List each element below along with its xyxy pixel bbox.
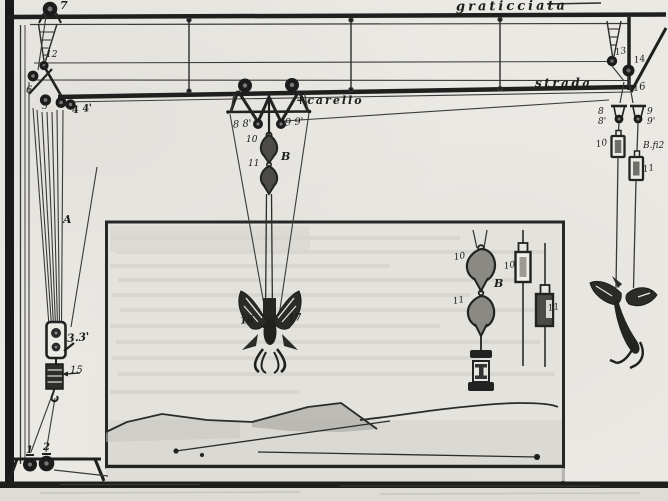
trolley-marker: + [296, 95, 305, 106]
station-9-upper: 9 [647, 108, 655, 117]
label-trolley-block-11: 11 [248, 160, 259, 169]
label-trolley-letter-b: B [281, 151, 290, 162]
station-8-upper: 8 [598, 108, 606, 117]
label-rope-a: A [63, 214, 72, 225]
label-bracket-12: 12 [46, 51, 57, 60]
station-8-lower: 8' [598, 118, 606, 127]
label-station-8: 8 8' [598, 108, 606, 127]
trolley-block-11 [261, 166, 277, 188]
label-floor-pulley-2: 2 [43, 443, 50, 453]
label-figure-16: 16 [239, 315, 254, 327]
stage-floor [0, 482, 668, 501]
label-tackle-3: 3.3' [67, 331, 90, 344]
label-station-9: 9 9' [647, 108, 655, 127]
label-gridiron: graticciata [456, 0, 568, 13]
label-trolley-pulleys-left: 8 8' [233, 119, 252, 130]
label-trolley-block-10: 10 [246, 136, 257, 145]
label-pulley-6: 6 [26, 86, 32, 96]
label-station-ref: B.fi2 [643, 142, 664, 151]
label-floor-pulley-1: 1 [26, 446, 33, 456]
label-trolley-pulleys-right: 9 9' [285, 117, 304, 128]
label-road: strada [535, 77, 593, 89]
right-station [611, 106, 646, 288]
station-9-lower: 9' [647, 118, 655, 127]
detail-block-11 [468, 296, 494, 327]
wall-post [5, 0, 25, 484]
right-winged-figure [590, 276, 657, 368]
trolley-block-10 [261, 135, 277, 158]
left-rope-channel [29, 82, 97, 452]
label-pulley-5: 5 [42, 103, 48, 112]
stirrup-right [630, 106, 646, 123]
scanned-rigging-diagram: graticciata strada + carello 7 12 6 5 4 … [0, 0, 668, 501]
trolley-word: carello [307, 95, 363, 106]
label-figure-17: 17 [287, 313, 302, 325]
label-pulley-7: 7 [60, 0, 68, 11]
label-trolley: + carello [296, 95, 364, 106]
stirrup-left [611, 106, 627, 123]
label-weight-15: 15 [70, 366, 83, 376]
floor-stand [9, 454, 108, 481]
label-detail-b: B [494, 278, 503, 289]
